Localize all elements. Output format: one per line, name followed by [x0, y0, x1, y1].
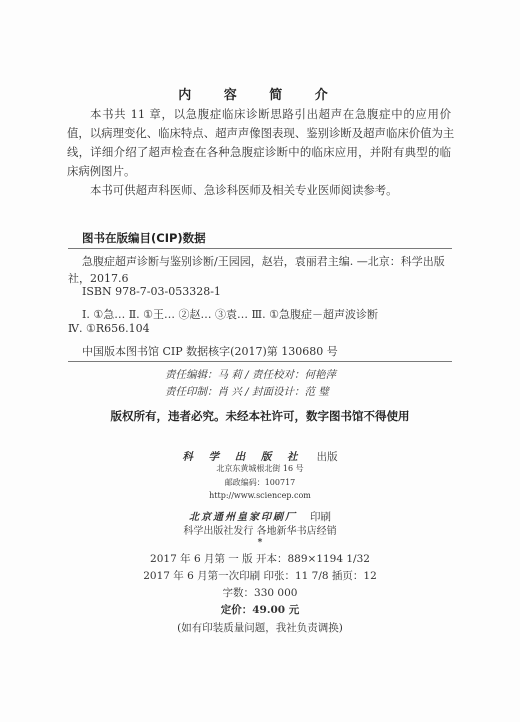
summary-paragraph-2: 本书可供超声科医师、急诊科医师及相关专业医师阅读参考。	[67, 181, 451, 200]
publisher-action: 出版	[317, 451, 338, 463]
publisher-postcode: 邮政编码：100717	[0, 477, 520, 488]
publisher-name: 科 学 出 版 社	[182, 451, 303, 463]
cip-classification-line-1: Ⅰ. ①急… Ⅱ. ①王… ②赵… ③袁… Ⅲ. ①急腹症－超声波诊断	[82, 306, 378, 322]
summary-title: 内 容 简 介	[0, 84, 520, 103]
price: 定价：49.00 元	[0, 602, 520, 617]
summary-line-2: 值，以病理变化、临床特点、超声声像图表现、鉴别诊断及超声临床价值为主	[67, 124, 451, 143]
quality-note: (如有印装质量问题，我社负责调换)	[0, 620, 520, 635]
cip-classification-line-2: Ⅳ. ①R656.104	[68, 322, 150, 335]
publisher-website: http://www.sciencep.com	[0, 491, 520, 500]
separator-star: *	[0, 538, 520, 548]
summary-paragraph-1: 本书共 11 章，以急腹症临床诊断思路引出超声在急腹症中的应用价 值，以病理变化…	[67, 105, 451, 181]
copyright-page: 内 容 简 介 本书共 11 章，以急腹症临床诊断思路引出超声在急腹症中的应用价…	[0, 0, 520, 722]
credits-line-2: 责任印制：肖 兴 / 封面设计：范 璧	[165, 384, 329, 399]
publisher-line: 科 学 出 版 社 出版	[0, 445, 520, 464]
edition-line-1: 2017 年 6 月第 一 版 开本：889×1194 1/32	[0, 551, 520, 566]
cip-number: 中国版本图书馆 CIP 数据核字(2017)第 130680 号	[82, 343, 338, 359]
rights-notice: 版权所有，违者必究。未经本社许可，数字图书馆不得使用	[0, 408, 520, 424]
cip-record-line-1: 急腹症超声诊断与鉴别诊断/王园园，赵岩，袁丽君主编. —北京：科学出版	[82, 253, 445, 269]
cip-bottom-rule	[68, 361, 452, 362]
cip-top-rule	[68, 248, 452, 249]
edition-line-2: 2017 年 6 月第一次印刷 印张：11 7/8 插页：12	[0, 568, 520, 583]
cip-heading: 图书在版编目(CIP)数据	[82, 230, 206, 246]
word-count: 字数：330 000	[0, 585, 520, 600]
cip-record-line-2: 社，2017.6	[68, 270, 129, 286]
cip-isbn: ISBN 978-7-03-053328-1	[82, 285, 221, 298]
credits-line-1: 责任编辑：马 莉 / 责任校对：何艳萍	[165, 367, 336, 382]
distribution-line: 科学出版社发行 各地新华书店经销	[0, 522, 520, 537]
summary-audience-line: 本书可供超声科医师、急诊科医师及相关专业医师阅读参考。	[67, 181, 451, 200]
publisher-address: 北京东黄城根北街 16 号	[0, 463, 520, 474]
summary-line-3: 线，详细介绍了超声检查在各种急腹症诊断中的临床应用，并附有典型的临	[67, 143, 451, 162]
summary-line-1: 本书共 11 章，以急腹症临床诊断思路引出超声在急腹症中的应用价	[67, 105, 451, 124]
summary-line-4: 床病例图片。	[67, 162, 451, 181]
